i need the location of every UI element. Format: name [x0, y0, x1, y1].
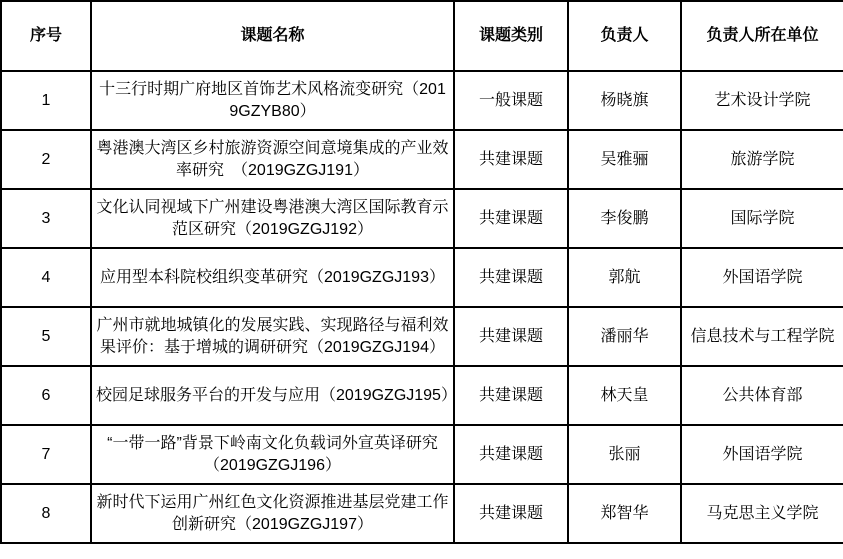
- project-category-cell: 共建课题: [454, 248, 568, 307]
- leader-cell: 吴雅骊: [568, 130, 681, 189]
- column-header-index: 序号: [1, 1, 91, 71]
- project-category-cell: 共建课题: [454, 484, 568, 543]
- row-index-cell: 4: [1, 248, 91, 307]
- leader-unit-cell: 国际学院: [681, 189, 843, 248]
- row-index-cell: 3: [1, 189, 91, 248]
- table-row: 3 文化认同视域下广州建设粤港澳大湾区国际教育示范区研究（2019GZGJ192…: [1, 189, 843, 248]
- header-row: 序号课题名称课题类别负责人负责人所在单位: [1, 1, 843, 71]
- project-category-cell: 共建课题: [454, 425, 568, 484]
- column-header-category: 课题类别: [454, 1, 568, 71]
- leader-cell: 张丽: [568, 425, 681, 484]
- table-row: 5 广州市就地城镇化的发展实践、实现路径与福利效果评价：基于增城的调研研究（20…: [1, 307, 843, 366]
- leader-unit-cell: 旅游学院: [681, 130, 843, 189]
- table-row: 2 粤港澳大湾区乡村旅游资源空间意境集成的产业效率研究 （2019GZGJ191…: [1, 130, 843, 189]
- leader-cell: 郑智华: [568, 484, 681, 543]
- project-title-cell: “一带一路”背景下岭南文化负载词外宣英译研究（2019GZGJ196）: [91, 425, 454, 484]
- row-index-cell: 2: [1, 130, 91, 189]
- leader-unit-cell: 艺术设计学院: [681, 71, 843, 130]
- project-title-cell: 粤港澳大湾区乡村旅游资源空间意境集成的产业效率研究 （2019GZGJ191）: [91, 130, 454, 189]
- leader-cell: 杨晓旗: [568, 71, 681, 130]
- project-title-cell: 十三行时期广府地区首饰艺术风格流变研究（2019GZYB80）: [91, 71, 454, 130]
- project-title-cell: 文化认同视域下广州建设粤港澳大湾区国际教育示范区研究（2019GZGJ192）: [91, 189, 454, 248]
- table-row: 8 新时代下运用广州红色文化资源推进基层党建工作创新研究（2019GZGJ197…: [1, 484, 843, 543]
- table-body: 1 十三行时期广府地区首饰艺术风格流变研究（2019GZYB80） 一般课题 杨…: [1, 71, 843, 543]
- row-index-cell: 5: [1, 307, 91, 366]
- table-row: 1 十三行时期广府地区首饰艺术风格流变研究（2019GZYB80） 一般课题 杨…: [1, 71, 843, 130]
- row-index-cell: 7: [1, 425, 91, 484]
- row-index-cell: 6: [1, 366, 91, 425]
- project-title-cell: 新时代下运用广州红色文化资源推进基层党建工作创新研究（2019GZGJ197）: [91, 484, 454, 543]
- leader-unit-cell: 信息技术与工程学院: [681, 307, 843, 366]
- row-index-cell: 1: [1, 71, 91, 130]
- project-title-cell: 广州市就地城镇化的发展实践、实现路径与福利效果评价：基于增城的调研研究（2019…: [91, 307, 454, 366]
- leader-unit-cell: 外国语学院: [681, 425, 843, 484]
- column-header-unit: 负责人所在单位: [681, 1, 843, 71]
- project-category-cell: 共建课题: [454, 189, 568, 248]
- row-index-cell: 8: [1, 484, 91, 543]
- research-projects-table: 序号课题名称课题类别负责人负责人所在单位 1 十三行时期广府地区首饰艺术风格流变…: [0, 0, 843, 544]
- project-category-cell: 共建课题: [454, 366, 568, 425]
- leader-cell: 潘丽华: [568, 307, 681, 366]
- leader-cell: 郭航: [568, 248, 681, 307]
- project-category-cell: 一般课题: [454, 71, 568, 130]
- leader-unit-cell: 公共体育部: [681, 366, 843, 425]
- table-row: 6 校园足球服务平台的开发与应用（2019GZGJ195） 共建课题 林天皇 公…: [1, 366, 843, 425]
- project-category-cell: 共建课题: [454, 130, 568, 189]
- leader-cell: 李俊鹏: [568, 189, 681, 248]
- leader-unit-cell: 马克思主义学院: [681, 484, 843, 543]
- column-header-leader: 负责人: [568, 1, 681, 71]
- column-header-title: 课题名称: [91, 1, 454, 71]
- table-row: 7 “一带一路”背景下岭南文化负载词外宣英译研究（2019GZGJ196） 共建…: [1, 425, 843, 484]
- project-title-cell: 校园足球服务平台的开发与应用（2019GZGJ195）: [91, 366, 454, 425]
- project-title-cell: 应用型本科院校组织变革研究（2019GZGJ193）: [91, 248, 454, 307]
- table-row: 4 应用型本科院校组织变革研究（2019GZGJ193） 共建课题 郭航 外国语…: [1, 248, 843, 307]
- leader-cell: 林天皇: [568, 366, 681, 425]
- leader-unit-cell: 外国语学院: [681, 248, 843, 307]
- project-category-cell: 共建课题: [454, 307, 568, 366]
